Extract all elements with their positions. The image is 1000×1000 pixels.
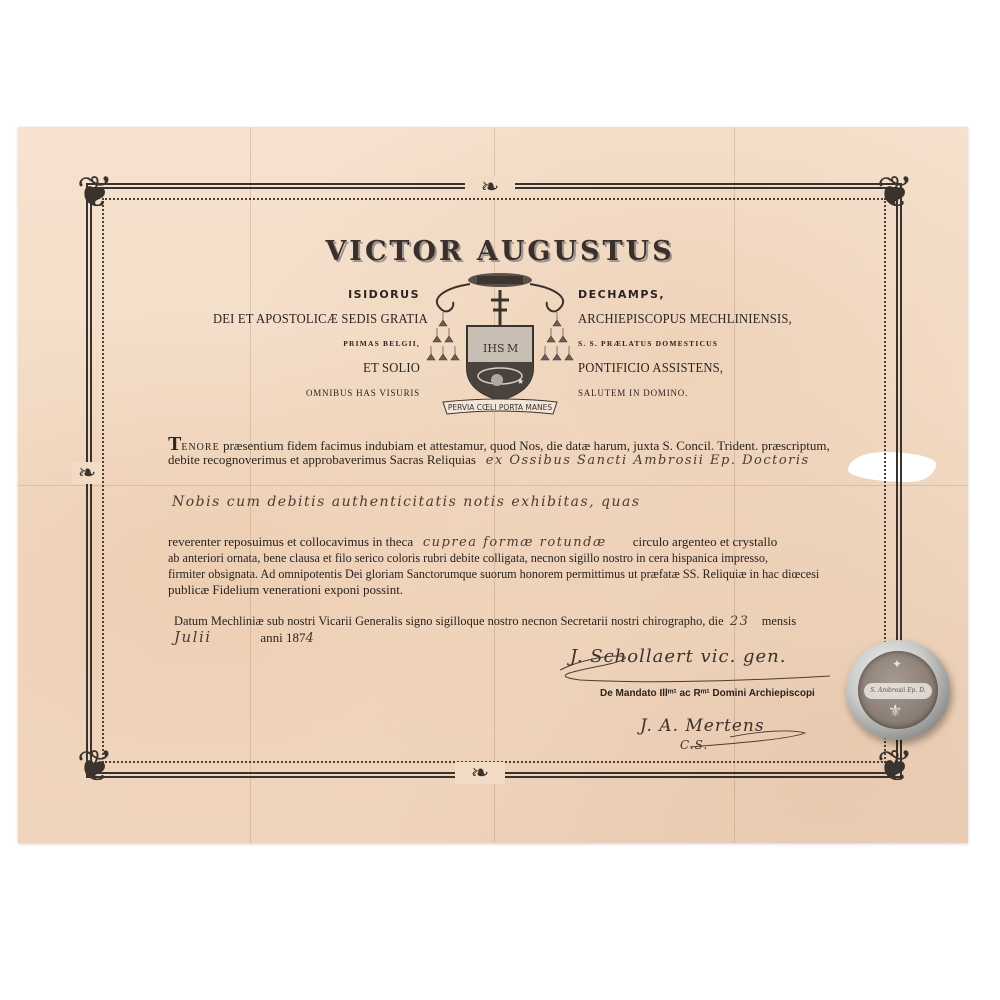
- body-text-line: reverenter reposuimus et collocavimus in…: [168, 534, 413, 549]
- attestation-paragraph: TENORE præsentium fidem facimus indubiam…: [168, 436, 844, 468]
- fleur-de-lis-icon: ⚜: [888, 701, 902, 721]
- handwritten-relic-name: ex Ossibus Sancti Ambrosii Ep. Doctoris: [486, 453, 810, 468]
- top-center-ornament-icon: ❧: [465, 176, 515, 198]
- header-right-line: ARCHIEPISCOPUS MECHLINIENSIS,: [578, 308, 785, 333]
- anni-text: anni 187: [260, 630, 305, 645]
- body-text-line: debite recognoverimus et approbaverimus …: [168, 452, 476, 467]
- header-right-line: PONTIFICIO ASSISTENS,: [578, 357, 785, 382]
- mensis-text: mensis: [762, 614, 796, 628]
- header-right-line: SALUTEM IN DOMINO.: [578, 381, 808, 406]
- document-title: VICTOR AUGUSTUS: [0, 236, 1000, 267]
- handwritten-theca-description: cuprea formæ rotundæ: [423, 535, 607, 550]
- secretary-flourish-icon: [620, 715, 820, 755]
- crest-motto: PERVIA CŒLI PORTA MANES: [448, 403, 553, 412]
- corner-ornament-icon: ❦: [68, 740, 122, 794]
- corner-ornament-icon: ❦: [68, 166, 122, 220]
- handwritten-year-digit: 4: [305, 631, 315, 646]
- svg-text:M: M: [507, 342, 518, 355]
- body-line: TENORE præsentium fidem facimus indubiam…: [168, 436, 844, 452]
- header-right-line: DECHAMPS,: [578, 283, 808, 308]
- star-icon: ✦: [892, 657, 902, 672]
- header-left-line: PRIMAS BELGII,: [190, 332, 420, 357]
- header-left-line: ISIDORUS: [190, 283, 420, 308]
- header-left-column: ISIDORUS DEI ET APOSTOLICÆ SEDIS GRATIA …: [190, 283, 420, 406]
- corner-ornament-icon: ❦: [868, 740, 922, 794]
- header-right-line: S. S. PRÆLATUS DOMESTICUS: [578, 332, 808, 357]
- archiepiscopal-coat-of-arms-icon: IHS M ★ PERVIA CŒLI PORTA MANES: [425, 268, 575, 420]
- reliquary-crystal: ✦ S. Ambrosii Ep. D. ⚜: [858, 651, 938, 729]
- body-line: Datum Mechliniæ sub nostri Vicarii Gener…: [174, 613, 850, 629]
- header-right-column: DECHAMPS, ARCHIEPISCOPUS MECHLINIENSIS, …: [578, 283, 808, 406]
- svg-text:IHS: IHS: [483, 342, 504, 355]
- signature-flourish-icon: [540, 640, 840, 690]
- body-line: reverenter reposuimus et collocavimus in…: [168, 534, 844, 550]
- reliquary-label: S. Ambrosii Ep. D.: [864, 683, 932, 699]
- handwritten-day: 23: [730, 614, 750, 629]
- header-left-line: ET SOLIO: [213, 357, 420, 382]
- bottom-center-ornament-icon: ❧: [455, 762, 505, 784]
- reliquary-paragraph: reverenter reposuimus et collocavimus in…: [168, 534, 844, 598]
- dating-text: Datum Mechliniæ sub nostri Vicarii Gener…: [174, 614, 724, 628]
- corner-ornament-icon: ❦: [868, 166, 922, 220]
- handwritten-month: Julii: [174, 628, 212, 646]
- handwritten-line: Nobis cum debitis authenticitatis notis …: [172, 494, 641, 510]
- header-left-line: OMNIBUS HAS VISURIS: [190, 381, 420, 406]
- body-line: debite recognoverimus et approbaverimus …: [168, 452, 844, 468]
- body-line: publicæ Fidelium venerationi exponi poss…: [168, 582, 844, 598]
- body-line: ab anteriori ornata, bene clausa et filo…: [168, 550, 844, 566]
- mandate-line: De Mandato Illᵐ¹ ac Rᵐ¹ Domini Archiepis…: [600, 688, 815, 699]
- silver-reliquary-theca: ✦ S. Ambrosii Ep. D. ⚜: [846, 640, 950, 740]
- body-text-line: præsentium fidem facimus indubiam et att…: [220, 438, 830, 453]
- left-mid-ornament-icon: ❧: [72, 462, 102, 484]
- header-left-line: DEI ET APOSTOLICÆ SEDIS GRATIA: [213, 308, 420, 333]
- body-line: firmiter obsignata. Ad omnipotentis Dei …: [168, 566, 844, 582]
- svg-text:★: ★: [517, 377, 524, 386]
- body-text-line: circulo argenteo et crystallo: [633, 534, 778, 549]
